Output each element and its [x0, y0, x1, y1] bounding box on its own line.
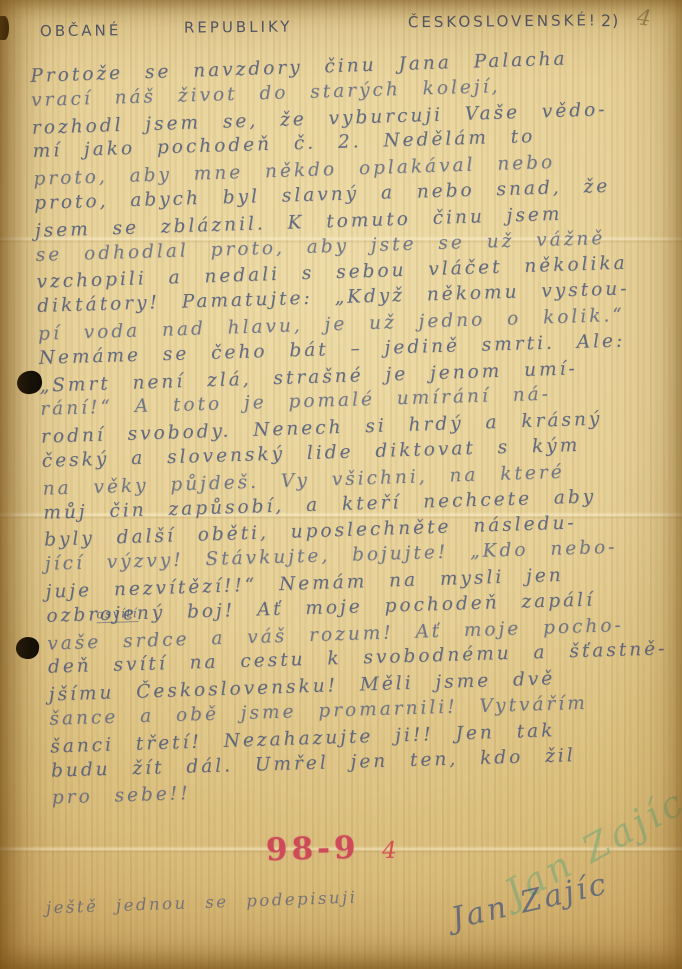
letter-heading: OBČANÉ REPUBLIKY ČESKOSLOVENSKÉ! 2): [0, 12, 682, 49]
hole-punch-mark: [15, 636, 40, 660]
page-number-label: 2): [601, 11, 620, 30]
stamp-number: 98-9: [266, 830, 360, 868]
archive-stamp: 98-9 4: [266, 830, 360, 868]
scanned-letter-page: OBČANÉ REPUBLIKY ČESKOSLOVENSKÉ! 2) 4 os…: [0, 0, 682, 969]
heading-word: OBČANÉ: [40, 21, 121, 40]
inserted-word: osvítí: [96, 606, 138, 623]
letter-body: osvítí Protože se navzdory činu Jana Pal…: [30, 43, 682, 810]
edge-ink-mark: [0, 16, 9, 40]
stamp-suffix-number: 4: [382, 838, 397, 864]
heading-word: REPUBLIKY: [184, 18, 293, 37]
heading-word: ČESKOSLOVENSKÉ!: [408, 11, 598, 31]
closing-line: ještě jednou se podepisuji: [46, 888, 358, 918]
